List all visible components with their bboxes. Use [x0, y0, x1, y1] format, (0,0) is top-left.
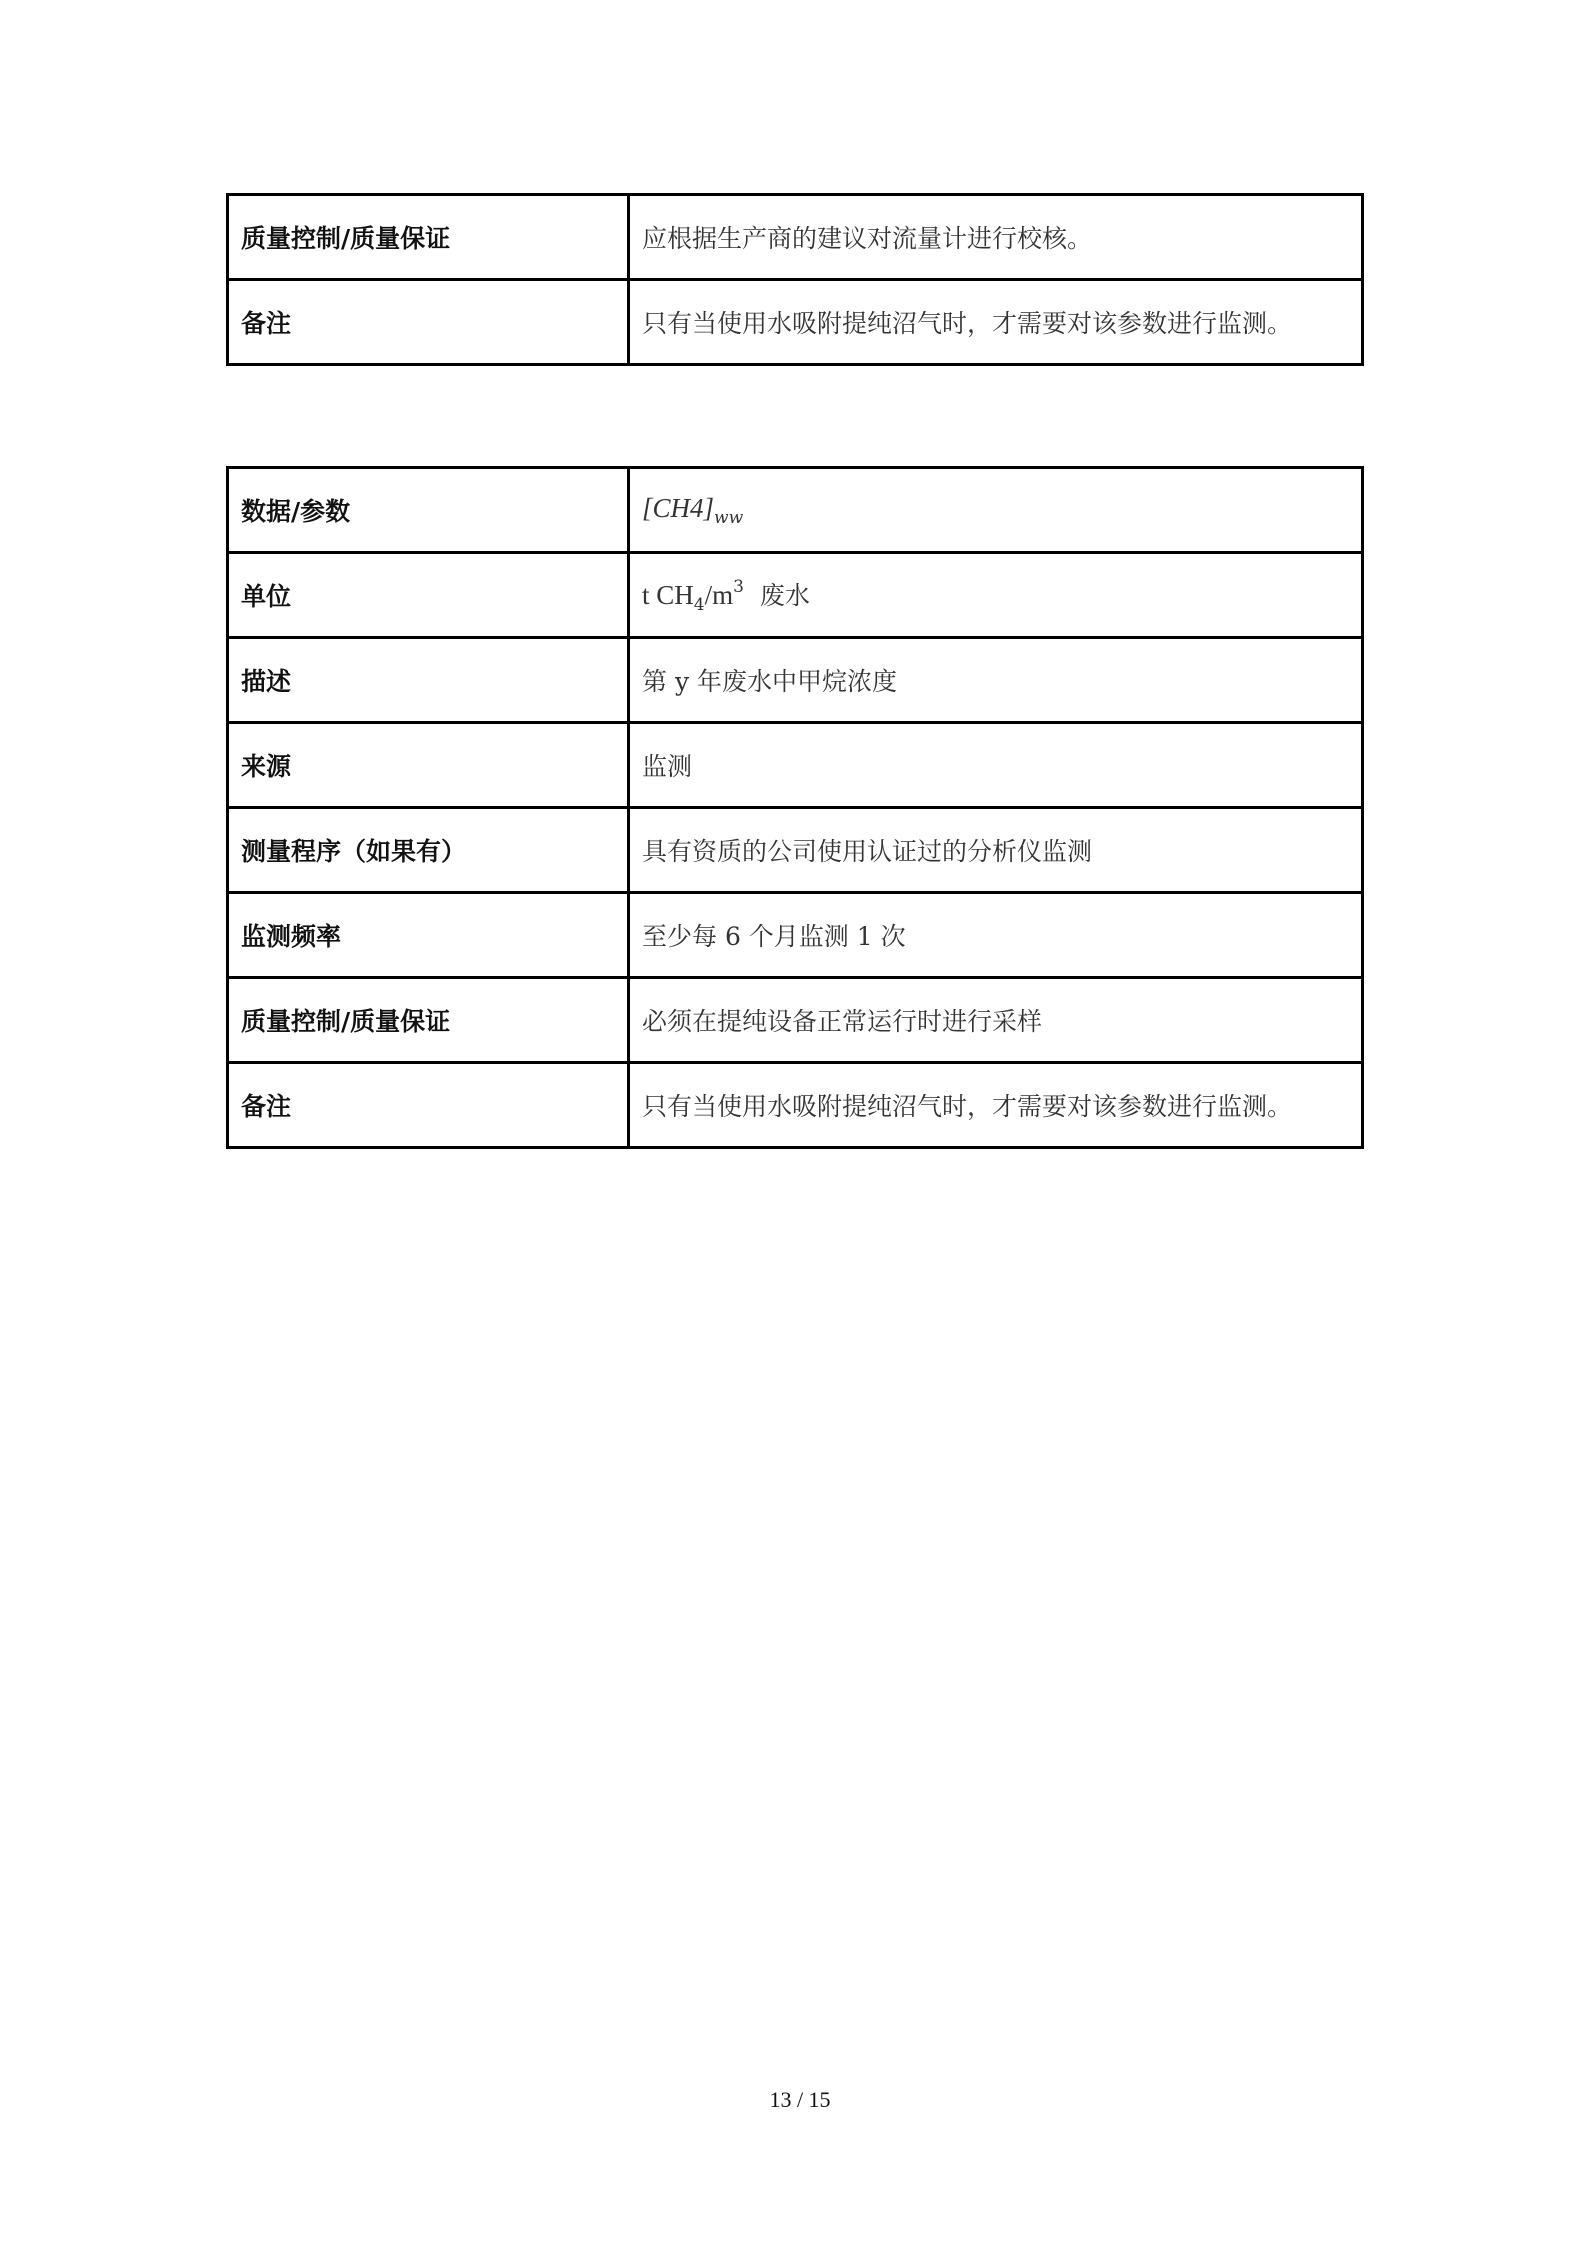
parameter-table-flow-meter-tail: 质量控制/质量保证 应根据生产商的建议对流量计进行校核。 备注 只有当使用水吸附… — [226, 193, 1364, 366]
row-value: 只有当使用水吸附提纯沼气时，才需要对该参数进行监测。 — [629, 280, 1363, 365]
row-label: 备注 — [228, 1063, 629, 1148]
unit-suffix: 废水 — [744, 581, 810, 610]
row-label: 质量控制/质量保证 — [228, 195, 629, 280]
row-label: 来源 — [228, 723, 629, 808]
row-label: 测量程序（如果有） — [228, 808, 629, 893]
table-row-data-parameter: 数据/参数 [CH4]ww — [228, 468, 1363, 553]
unit-subscript: 4 — [694, 595, 705, 615]
table-row-source: 来源 监测 — [228, 723, 1363, 808]
unit-mid: /m — [705, 580, 734, 610]
unit-prefix: t CH — [642, 580, 694, 610]
row-value: 应根据生产商的建议对流量计进行校核。 — [629, 195, 1363, 280]
row-label: 描述 — [228, 638, 629, 723]
table-row-qa-qc: 质量控制/质量保证 必须在提纯设备正常运行时进行采样 — [228, 978, 1363, 1063]
row-value: 至少每 6 个月监测 1 次 — [629, 893, 1363, 978]
parameter-table-ch4-ww: 数据/参数 [CH4]ww 单位 t CH4/m3 废水 描述 第 y 年废水中… — [226, 466, 1364, 1149]
parameter-symbol: [CH4] — [642, 493, 714, 523]
row-label: 数据/参数 — [228, 468, 629, 553]
parameter-subscript: ww — [714, 508, 743, 528]
row-label: 备注 — [228, 280, 629, 365]
table-row-unit: 单位 t CH4/m3 废水 — [228, 553, 1363, 638]
table-row-qa-qc: 质量控制/质量保证 应根据生产商的建议对流量计进行校核。 — [228, 195, 1363, 280]
row-value: 监测 — [629, 723, 1363, 808]
row-value: [CH4]ww — [629, 468, 1363, 553]
unit-superscript: 3 — [733, 577, 744, 597]
table-row-monitoring-frequency: 监测频率 至少每 6 个月监测 1 次 — [228, 893, 1363, 978]
table-row-remarks: 备注 只有当使用水吸附提纯沼气时，才需要对该参数进行监测。 — [228, 280, 1363, 365]
table-row-description: 描述 第 y 年废水中甲烷浓度 — [228, 638, 1363, 723]
row-label: 质量控制/质量保证 — [228, 978, 629, 1063]
table-row-remarks: 备注 只有当使用水吸附提纯沼气时，才需要对该参数进行监测。 — [228, 1063, 1363, 1148]
row-value: 具有资质的公司使用认证过的分析仪监测 — [629, 808, 1363, 893]
row-value: 必须在提纯设备正常运行时进行采样 — [629, 978, 1363, 1063]
page-number: 13 / 15 — [0, 2087, 1588, 2113]
row-label: 单位 — [228, 553, 629, 638]
table-row-measurement-procedure: 测量程序（如果有） 具有资质的公司使用认证过的分析仪监测 — [228, 808, 1363, 893]
row-label: 监测频率 — [228, 893, 629, 978]
row-value: 只有当使用水吸附提纯沼气时，才需要对该参数进行监测。 — [629, 1063, 1363, 1148]
row-value: 第 y 年废水中甲烷浓度 — [629, 638, 1363, 723]
row-value: t CH4/m3 废水 — [629, 553, 1363, 638]
